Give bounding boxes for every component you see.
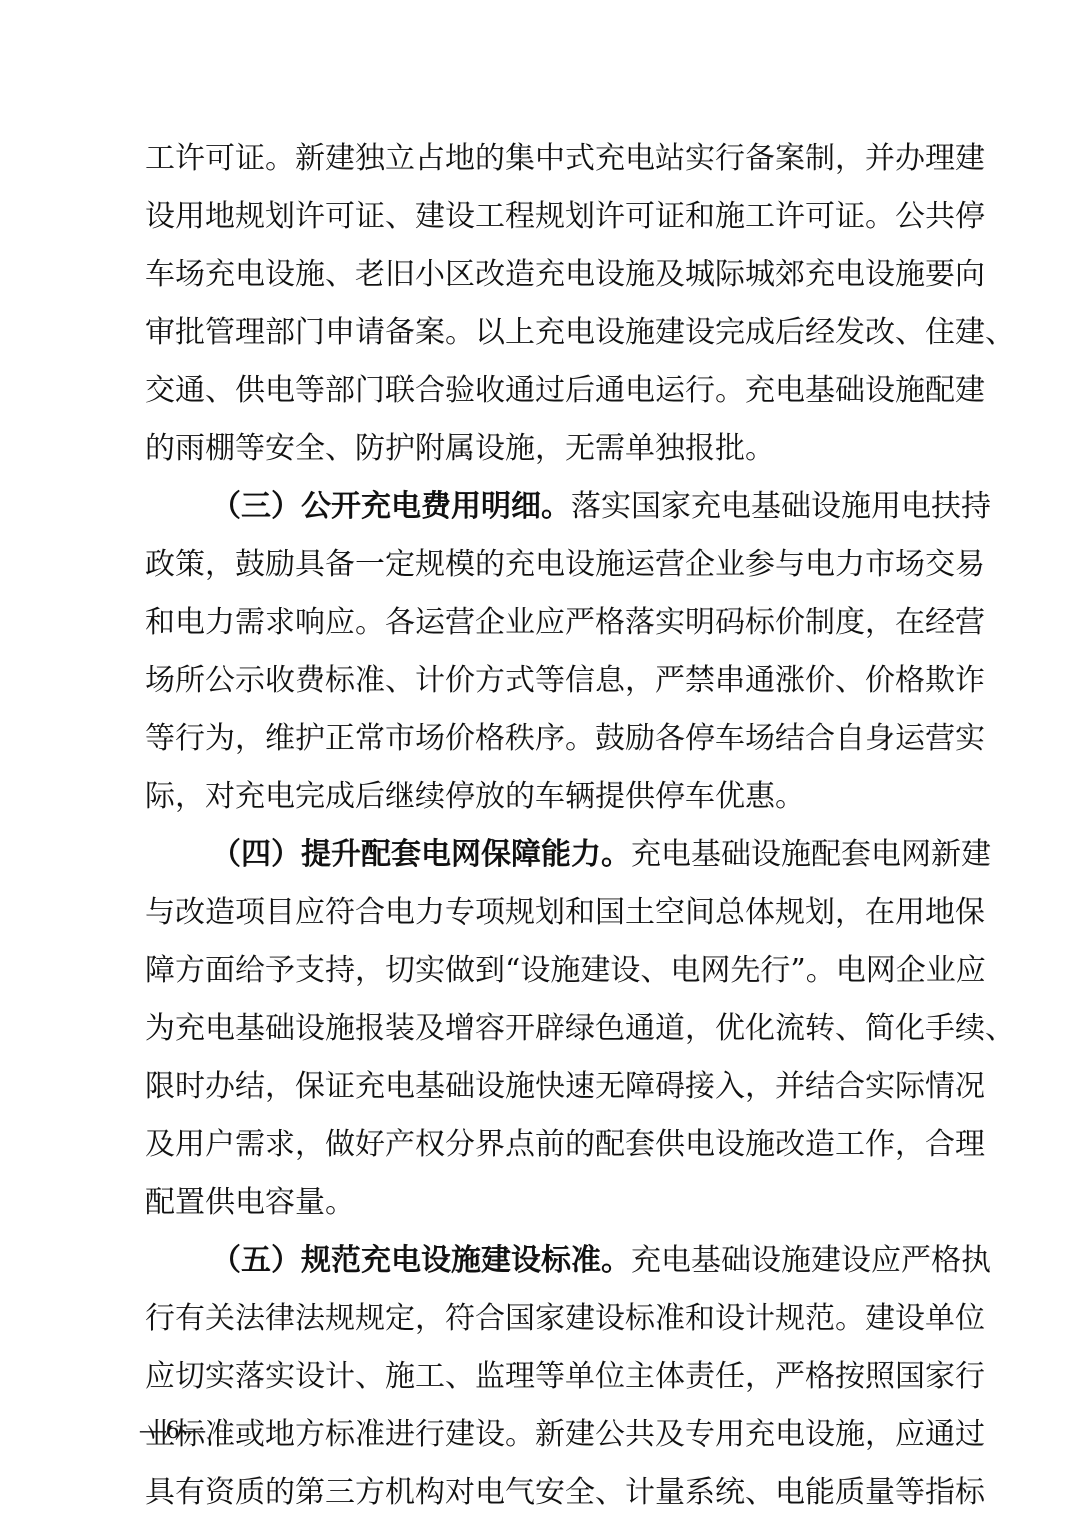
paragraph-continuation: 工许可证。新建独立占地的集中式充电站实行备案制，并办理建 设用地规划许可证、建设… [145, 136, 941, 484]
text-line: 限时办结，保证充电基础设施快速无障碍接入，并结合实际情况 [145, 1064, 941, 1122]
text-line: 及用户需求，做好产权分界点前的配套供电设施改造工作，合理 [145, 1122, 941, 1180]
text-line: 与改造项目应符合电力专项规划和国土空间总体规划，在用地保 [145, 890, 941, 948]
paragraph-section-5: （五）规范充电设施建设标准。充电基础设施建设应严格执 行有关法律法规规定，符合国… [145, 1238, 941, 1520]
text-line: 的雨棚等安全、防护附属设施，无需单独报批。 [145, 426, 941, 484]
text-line: 等行为，维护正常市场价格秩序。鼓励各停车场结合自身运营实 [145, 716, 941, 774]
text-line: 障方面给予支持，切实做到“设施建设、电网先行”。电网企业应 [145, 948, 941, 1006]
text-line: 交通、供电等部门联合验收通过后通电运行。充电基础设施配建 [145, 368, 941, 426]
text-line: 应切实落实设计、施工、监理等单位主体责任，严格按照国家行 [145, 1354, 941, 1412]
text-line: 业标准或地方标准进行建设。新建公共及专用充电设施，应通过 [145, 1412, 941, 1470]
page-number: —6— [140, 1415, 205, 1445]
text-line: 设用地规划许可证、建设工程规划许可证和施工许可证。公共停 [145, 194, 941, 252]
paragraph-section-3: （三）公开充电费用明细。落实国家充电基础设施用电扶持 政策，鼓励具备一定规模的充… [145, 484, 941, 832]
section-heading: （五）规范充电设施建设标准。 [211, 1238, 631, 1296]
text-line: （四）提升配套电网保障能力。充电基础设施配套电网新建 [145, 832, 941, 890]
text-line: 场所公示收费标准、计价方式等信息，严禁串通涨价、价格欺诈 [145, 658, 941, 716]
text-line: 行有关法律法规规定，符合国家建设标准和设计规范。建设单位 [145, 1296, 941, 1354]
text-line: 为充电基础设施报装及增容开辟绿色通道，优化流转、简化手续、 [145, 1006, 941, 1064]
text-line: 政策，鼓励具备一定规模的充电设施运营企业参与电力市场交易 [145, 542, 941, 600]
text-run: 充电基础设施建设应严格执 [631, 1238, 991, 1296]
text-line: 具有资质的第三方机构对电气安全、计量系统、电能质量等指标 [145, 1470, 941, 1520]
text-line: 和电力需求响应。各运营企业应严格落实明码标价制度，在经营 [145, 600, 941, 658]
document-page: 工许可证。新建独立占地的集中式充电站实行备案制，并办理建 设用地规划许可证、建设… [145, 136, 941, 1520]
section-heading: （三）公开充电费用明细。 [211, 484, 571, 542]
text-run: 落实国家充电基础设施用电扶持 [571, 484, 991, 542]
text-line: 际，对充电完成后继续停放的车辆提供停车优惠。 [145, 774, 941, 832]
text-line: （三）公开充电费用明细。落实国家充电基础设施用电扶持 [145, 484, 941, 542]
paragraph-section-4: （四）提升配套电网保障能力。充电基础设施配套电网新建 与改造项目应符合电力专项规… [145, 832, 941, 1238]
text-line: 车场充电设施、老旧小区改造充电设施及城际城郊充电设施要向 [145, 252, 941, 310]
text-line: 配置供电容量。 [145, 1180, 941, 1238]
text-line: 工许可证。新建独立占地的集中式充电站实行备案制，并办理建 [145, 136, 941, 194]
text-line: （五）规范充电设施建设标准。充电基础设施建设应严格执 [145, 1238, 941, 1296]
section-heading: （四）提升配套电网保障能力。 [211, 832, 631, 890]
text-run: 充电基础设施配套电网新建 [631, 832, 991, 890]
text-line: 审批管理部门申请备案。以上充电设施建设完成后经发改、住建、 [145, 310, 941, 368]
